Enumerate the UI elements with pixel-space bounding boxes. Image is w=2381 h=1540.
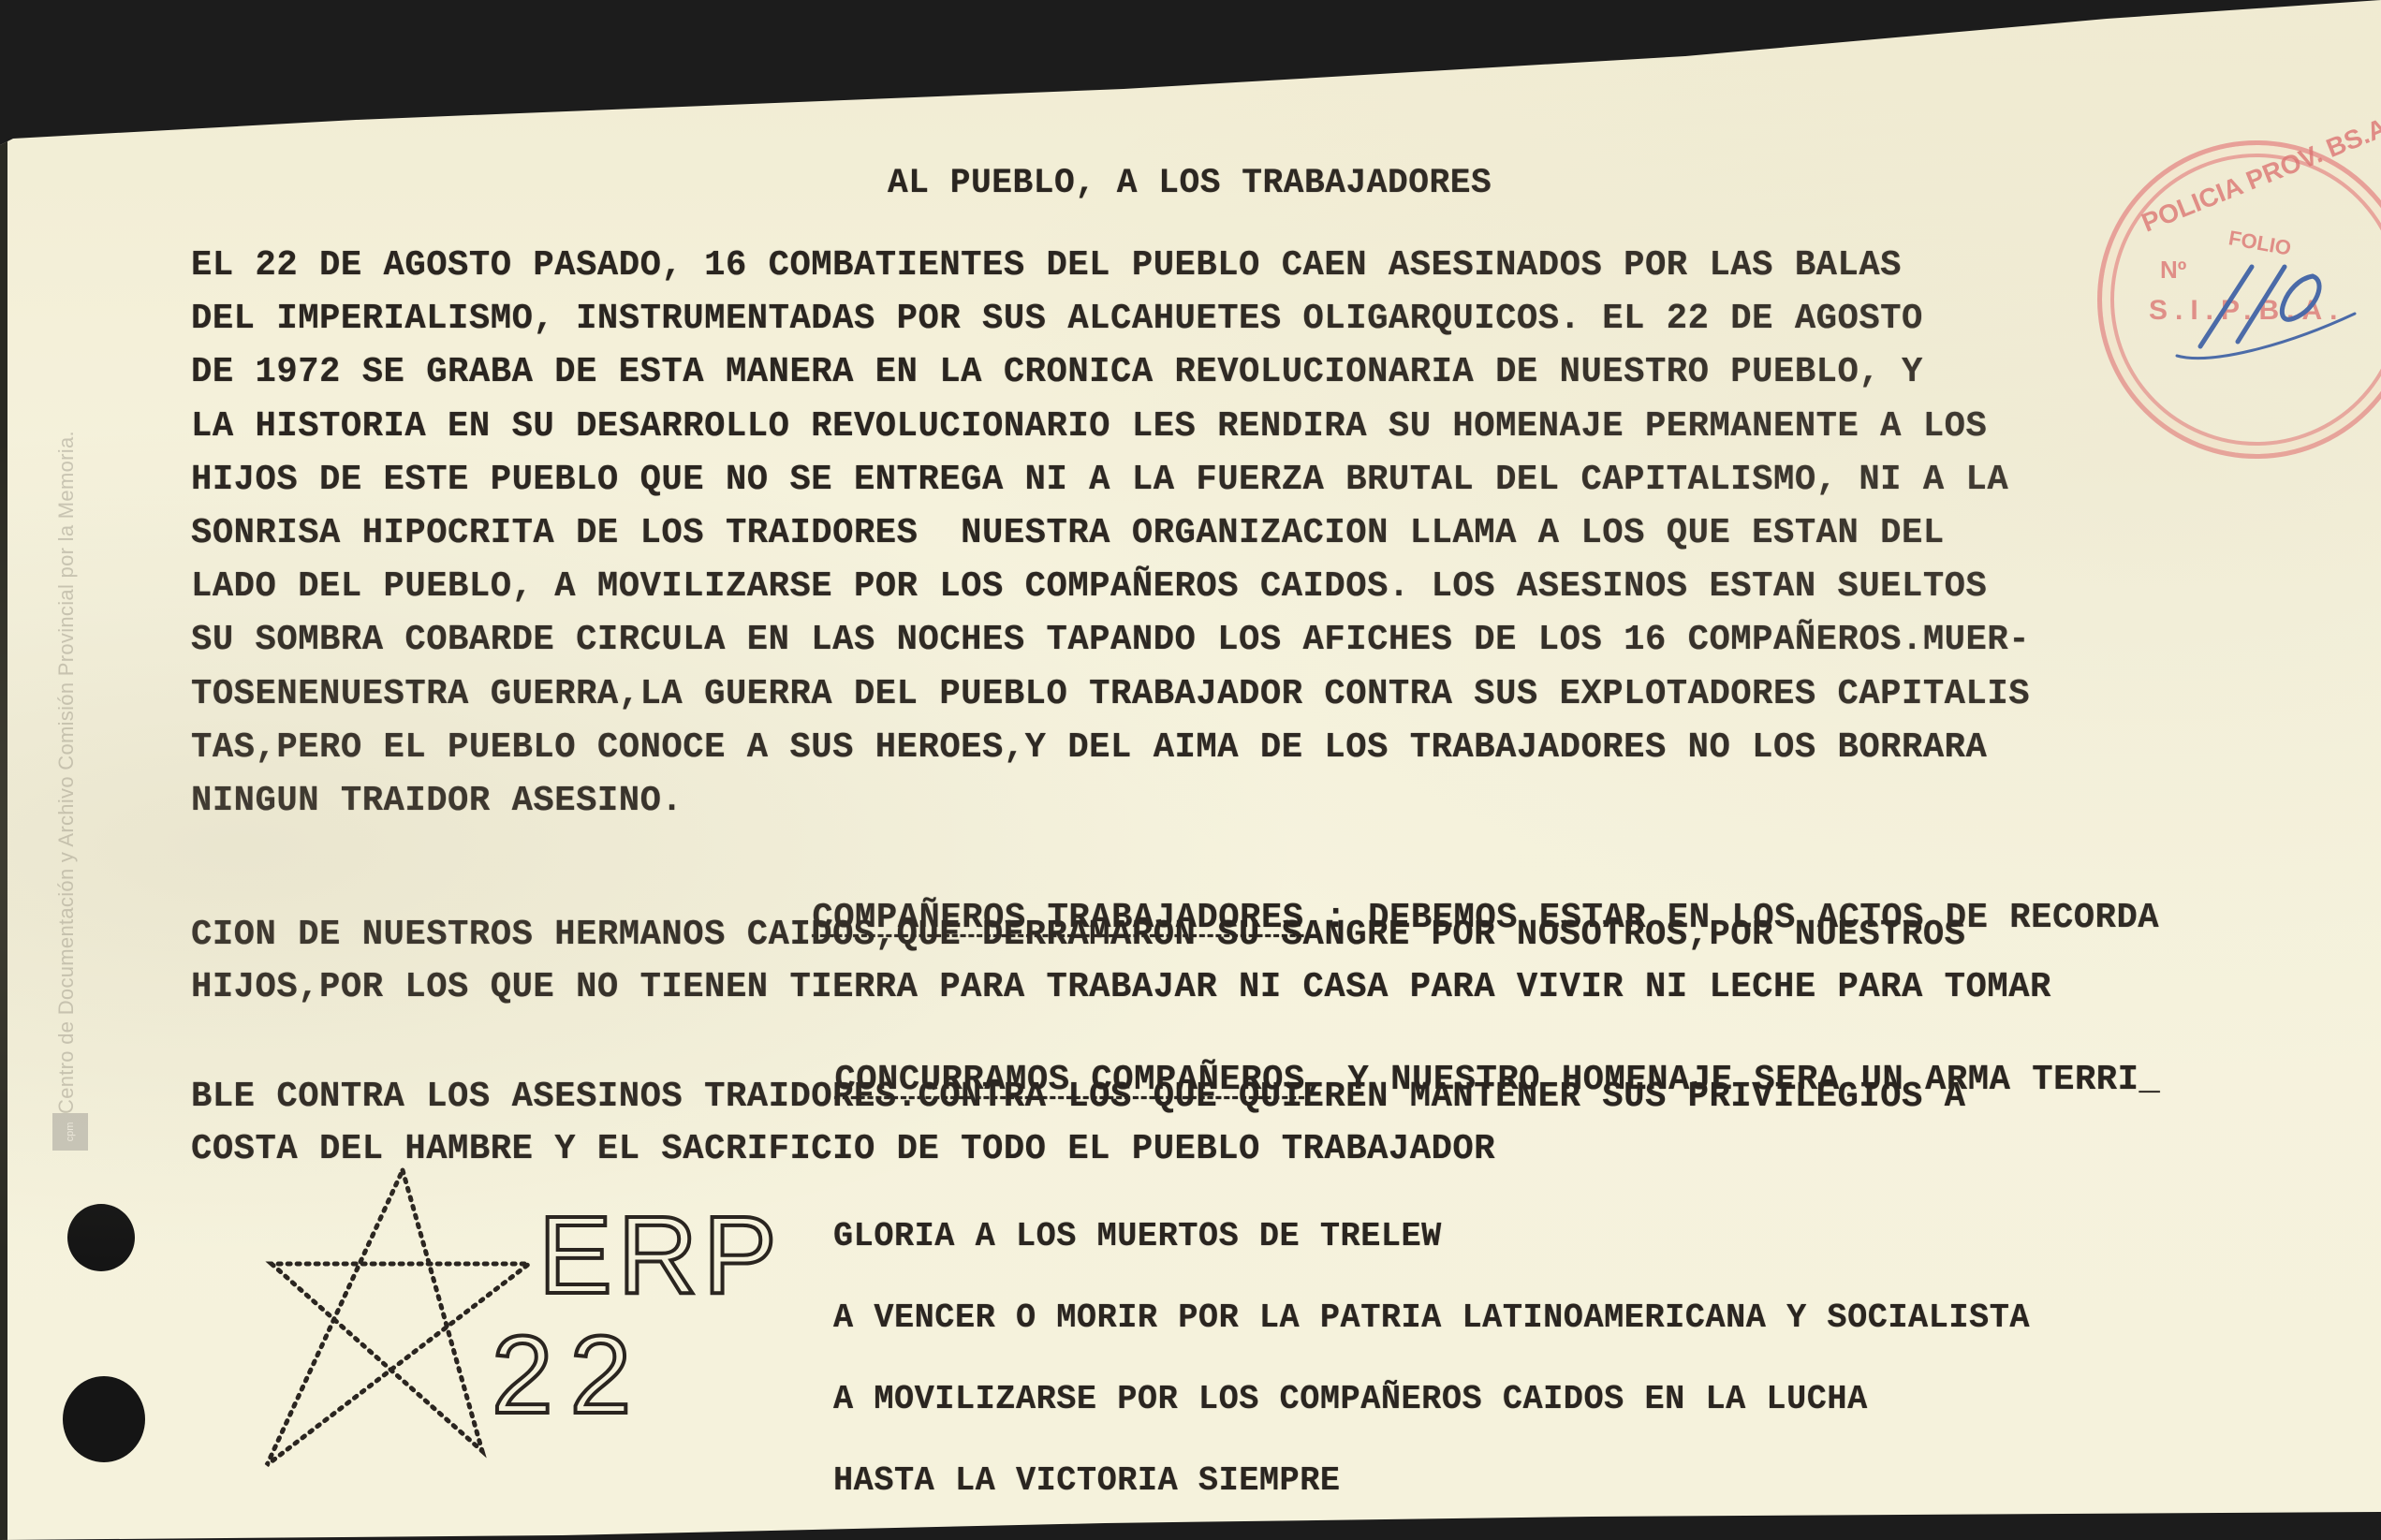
paragraph-3-line: BLE CONTRA LOS ASESINOS TRAIDORES.CONTRA…	[191, 1079, 1966, 1115]
paragraph-1-line: TOSENENUESTRA GUERRA,LA GUERRA DEL PUEBL…	[191, 677, 2030, 712]
handwritten-folio-number	[2153, 225, 2359, 365]
slogan: HASTA LA VICTORIA SIEMPRE	[833, 1464, 1341, 1498]
archive-watermark: Centro de Documentación y Archivo Comisi…	[54, 431, 79, 1114]
punch-hole-top	[67, 1204, 135, 1271]
paragraph-2-line: CION DE NUESTROS HERMANOS CAIDOS,QUE DER…	[191, 917, 1966, 953]
paragraph-1-line: DE 1972 SE GRABA DE ESTA MANERA EN LA CR…	[191, 355, 1923, 390]
paragraph-2-line: HIJOS,POR LOS QUE NO TIENEN TIERRA PARA …	[191, 970, 2051, 1005]
paragraph-1-line: DEL IMPERIALISMO, INSTRUMENTADAS POR SUS…	[191, 301, 1923, 337]
slogan: A VENCER O MORIR POR LA PATRIA LATINOAME…	[833, 1301, 2030, 1335]
paragraph-1-line: EL 22 DE AGOSTO PASADO, 16 COMBATIENTES …	[191, 248, 1902, 284]
emblem-letters: ERP	[538, 1200, 783, 1311]
stamp-ring-text: POLICIA PROV. BS.AS.	[2138, 103, 2381, 238]
paragraph-1-line: LA HISTORIA EN SU DESARROLLO REVOLUCIONA…	[191, 409, 1987, 445]
document-title: AL PUEBLO, A LOS TRABAJADORES	[888, 167, 1492, 201]
archive-logo: cpm	[52, 1113, 88, 1151]
slogan: GLORIA A LOS MUERTOS DE TRELEW	[833, 1220, 1442, 1254]
paragraph-1-line: SONRISA HIPOCRITA DE LOS TRAIDORES NUEST…	[191, 516, 1945, 551]
paragraph-1-line: LADO DEL PUEBLO, A MOVILIZARSE POR LOS C…	[191, 569, 1987, 605]
paragraph-1-line: TAS,PERO EL PUEBLO CONOCE A SUS HEROES,Y…	[191, 730, 1987, 766]
paragraph-1-line: SU SOMBRA COBARDE CIRCULA EN LAS NOCHES …	[191, 623, 2030, 658]
document-page: Centro de Documentación y Archivo Comisi…	[0, 0, 2381, 1540]
punch-hole-bottom	[63, 1376, 145, 1462]
page-edge	[0, 140, 7, 1540]
paragraph-1-line: NINGUN TRAIDOR ASESINO.	[191, 784, 683, 819]
paragraph-1-line: HIJOS DE ESTE PUEBLO QUE NO SE ENTREGA N…	[191, 462, 2008, 498]
slogan: A MOVILIZARSE POR LOS COMPAÑEROS CAIDOS …	[833, 1383, 1868, 1416]
emblem-number: 22	[492, 1320, 648, 1430]
